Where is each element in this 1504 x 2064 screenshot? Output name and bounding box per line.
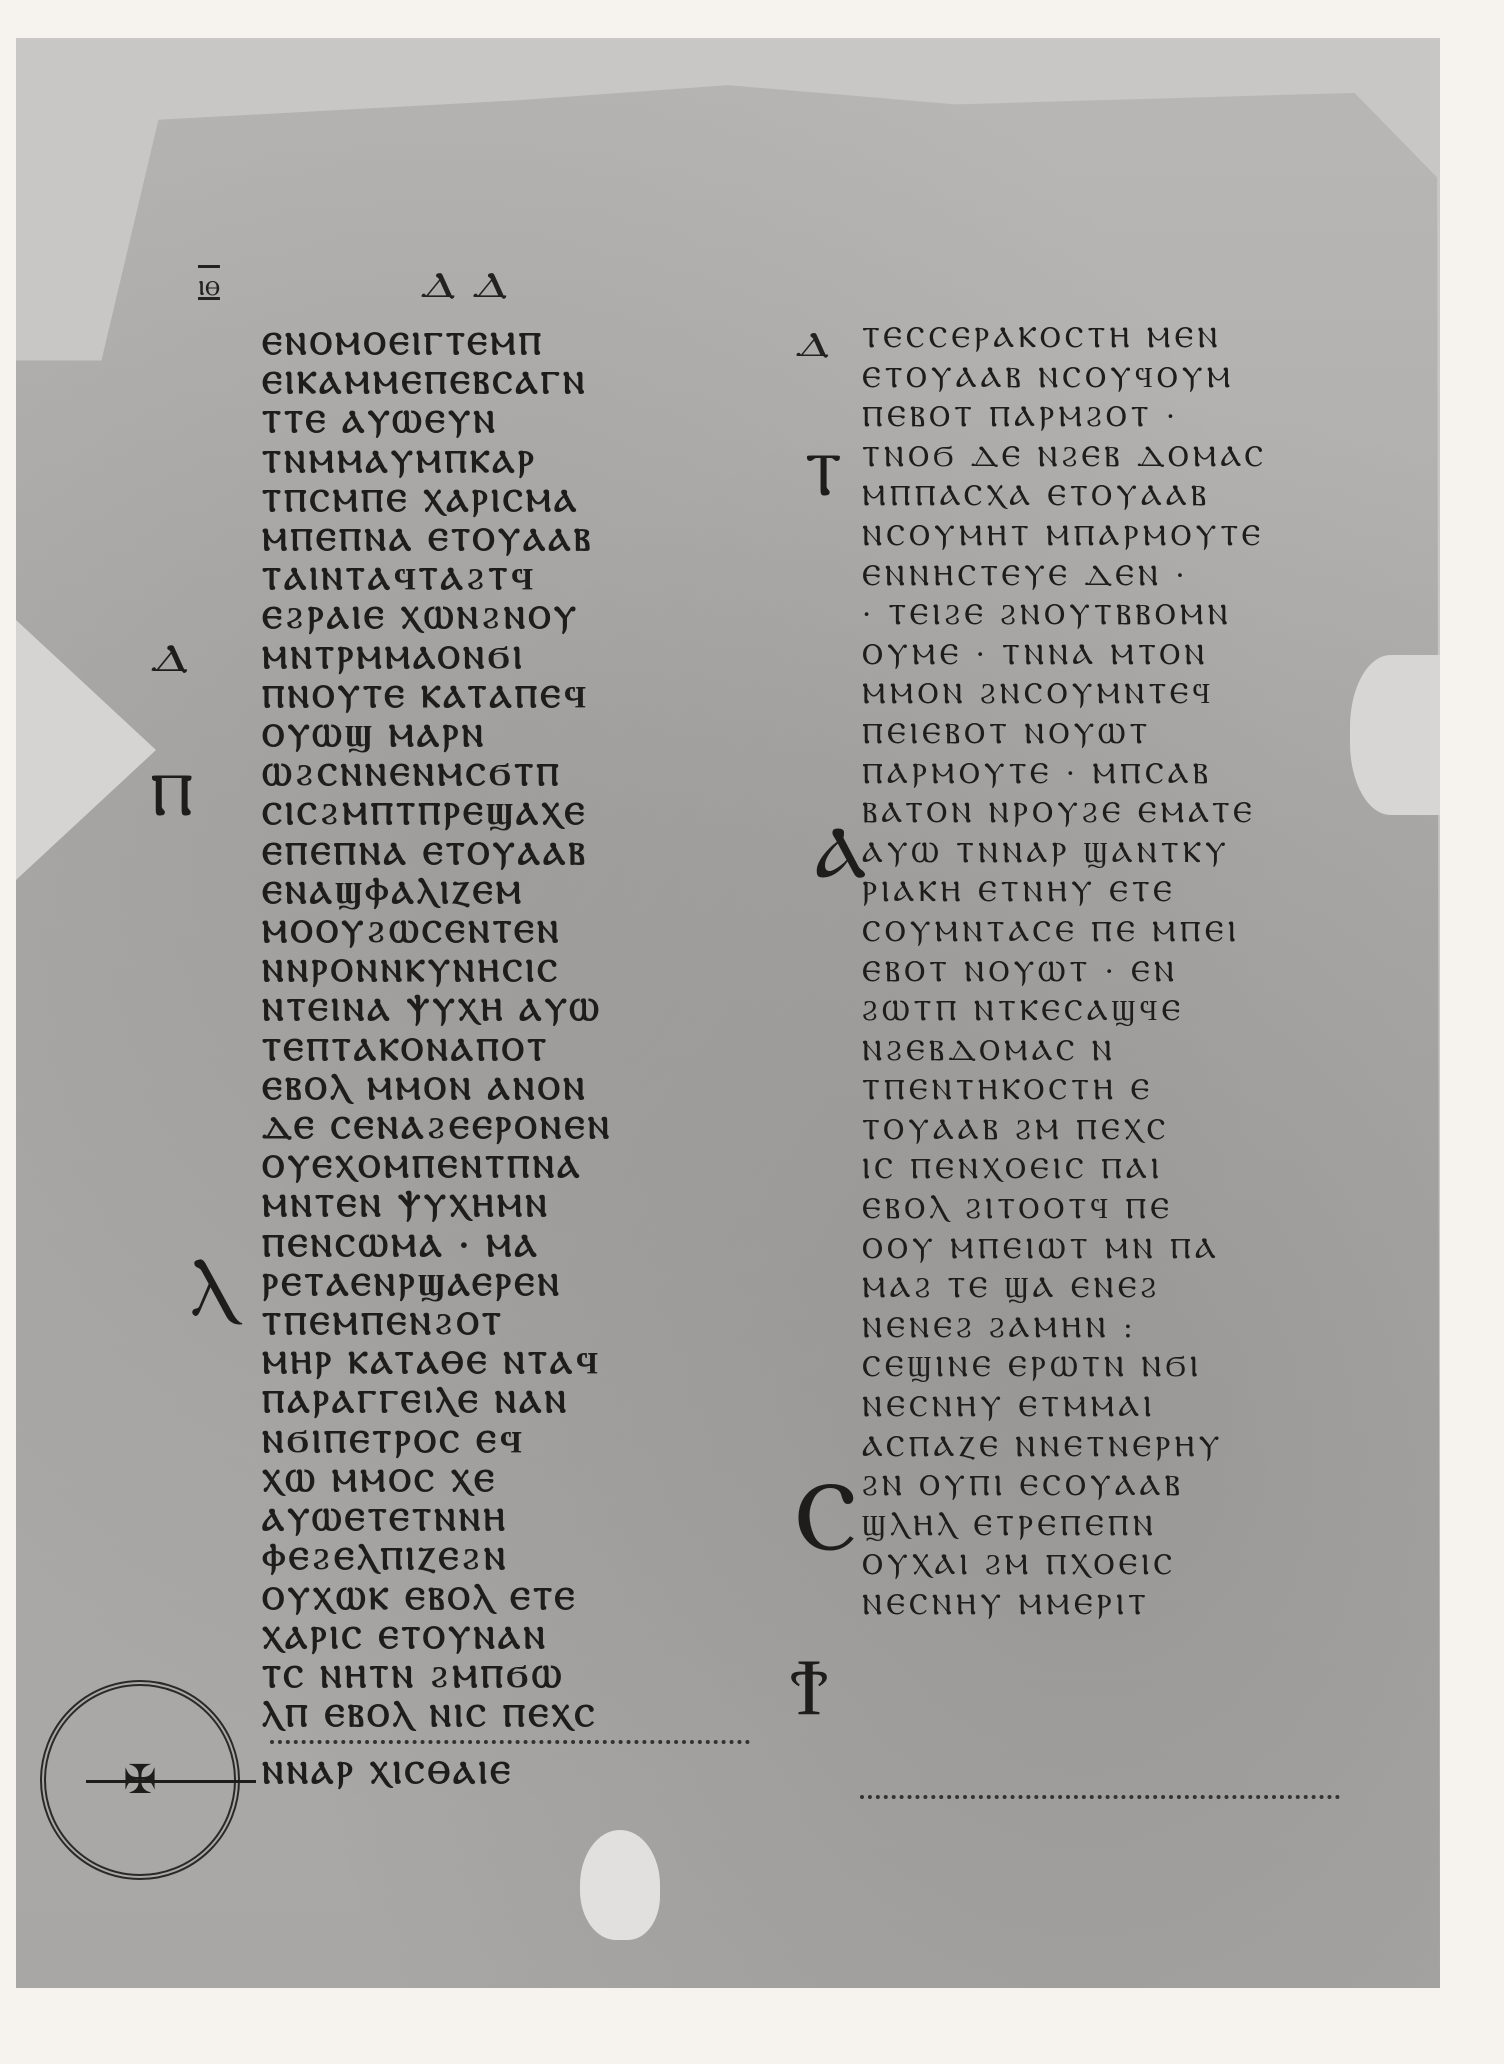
text-line: ⲀⲤⲠⲀⲌⲈ ⲚⲚⲈⲦⲚⲈⲢⲎⲨ	[862, 1427, 1342, 1467]
left-column-end-divider	[270, 1740, 750, 1744]
text-line: ⲘⲚⲦⲢⲘⲘⲀⲞⲚϬⲒ	[262, 639, 742, 678]
text-line: ⲚϨⲈⲂⲆⲞⲘⲀⲤ Ⲛ	[862, 1031, 1342, 1071]
text-line: ⲚⲚⲀⲢ ⲬⲒⲤⲐⲀⲒⲈ	[262, 1754, 742, 1793]
text-line: ⲦⲠⲈⲘⲠⲈⲚϨⲞⲦ	[262, 1305, 742, 1344]
text-line: ⲦⲚⲞϬ ⲆⲈ ⲚϨⲈⲂ ⲆⲞⲘⲀⲤ	[862, 437, 1342, 477]
text-line: ⲈⲂⲞⲦ ⲚⲞⲨⲰⲦ · ⲈⲚ	[862, 952, 1342, 992]
text-line: ⲈⲚⲚⲎⲤⲦⲈⲨⲈ ⲆⲈⲚ ·	[862, 556, 1342, 596]
text-line: ϢⲖⲎⲖ ⲈⲦⲢⲈⲠⲈⲠⲚ	[862, 1506, 1342, 1546]
text-line: · ⲦⲈⲒϨⲈ ϨⲚⲞⲨⲦⲂⲂⲞⲘⲚ	[862, 595, 1342, 635]
text-line: ⲈⲂⲞⲖ ⲘⲘⲞⲚ ⲀⲚⲞⲚ	[262, 1070, 742, 1109]
text-line: ⲦⲀⲒⲚⲦⲀϤⲦⲀϨⲦϤ	[262, 560, 742, 599]
text-line: ⲘⲎⲢ ⲔⲀⲦⲀⲐⲈ ⲚⲦⲀϤ	[262, 1344, 742, 1383]
right-column-top-mark: ⲇ	[795, 310, 829, 369]
text-line: ⲠⲈⲒⲈⲂⲞⲦ ⲚⲞⲨⲰⲦ	[862, 714, 1342, 754]
text-line: ⲈⲚⲞⲘⲞⲈⲒⲄⲦⲈⲘⲠ	[262, 325, 742, 364]
text-line: ⲞⲨⲘⲈ · ⲦⲚⲚⲀ ⲘⲦⲞⲚ	[862, 635, 1342, 675]
text-line: ⲦⲠⲈⲚⲦⲎⲔⲞⲤⲦⲎ Ⲉ	[862, 1070, 1342, 1110]
text-line: ⲞⲞⲨ ⲘⲠⲈⲒⲰⲦ ⲘⲚ ⲠⲀ	[862, 1229, 1342, 1269]
left-column-text: ⲈⲚⲞⲘⲞⲈⲒⲄⲦⲈⲘⲠ ⲈⲒⲔⲀⲘⲘⲈⲠⲈⲂⲤⲀⲄⲚ ⲦⲦⲈ ⲀⲨⲰⲈⲨⲚ Ⲧ…	[262, 325, 742, 1794]
right-marginal-initial-2: Ⲁ	[815, 810, 867, 896]
text-line: ϨⲰⲦⲠ ⲚⲦⲔⲈⲤⲀϢϤⲈ	[862, 991, 1342, 1031]
text-line: ⲈⲂⲞⲖ ϨⲒⲦⲞⲞⲦϤ ⲠⲈ	[862, 1189, 1342, 1229]
text-line: ⲠⲈⲚⲤⲰⲘⲀ · ⲘⲀ	[262, 1227, 742, 1266]
text-line: ⲈⲒⲔⲀⲘⲘⲈⲠⲈⲂⲤⲀⲄⲚ	[262, 364, 742, 403]
text-line: ⲦⲠⲤⲘⲠⲈ ⲬⲀⲢⲒⲤⲘⲀ	[262, 482, 742, 521]
text-line: ⲚⲈⲚⲈϨ ϨⲀⲘⲎⲚ :	[862, 1308, 1342, 1348]
circular-tailpiece-ornament: ✠	[40, 1680, 240, 1880]
text-line: ⲘⲘⲞⲚ ϨⲚⲤⲞⲨⲘⲚⲦⲈϤ	[862, 674, 1342, 714]
text-line: ⲚϬⲒⲠⲈⲦⲢⲞⲤ ⲈϤ	[262, 1423, 742, 1462]
text-line: ⲬⲀⲢⲒⲤ ⲈⲦⲞⲨⲚⲀⲚ	[262, 1619, 742, 1658]
text-line: ⲠⲀⲢⲘⲞⲨⲦⲈ · ⲘⲠⲤⲀⲂ	[862, 754, 1342, 794]
right-marginal-initial-4: Ϯ	[790, 1640, 828, 1734]
text-line: ⲠⲈⲂⲞⲦ ⲠⲀⲢⲘϨⲞⲦ ·	[862, 397, 1342, 437]
right-column-text: ⲦⲈⲤⲤⲈⲢⲀⲔⲞⲤⲦⲎ ⲘⲈⲚ ⲈⲦⲞⲨⲀⲀⲂ ⲚⲤⲞⲨϤⲞⲨⲘ ⲠⲈⲂⲞⲦ …	[862, 318, 1342, 1625]
text-line: ⲞⲨⲬⲰⲔ ⲈⲂⲞⲖ ⲈⲦⲈ	[262, 1580, 742, 1619]
text-line: ⲞⲨⲰϢ ⲘⲀⲢⲚ	[262, 717, 742, 756]
text-line: ⲘⲠⲠⲀⲤⲬⲀ ⲈⲦⲞⲨⲀⲀⲂ	[862, 476, 1342, 516]
text-line: ⲦⲦⲈ ⲀⲨⲰⲈⲨⲚ	[262, 403, 742, 442]
text-line: ⲈϨⲢⲀⲒⲈ ⲬⲰⲚϨⲚⲞⲨ	[262, 599, 742, 638]
text-line: ⲚⲚⲢⲞⲚⲚⲔⲨⲚⲎⲤⲒⲤ	[262, 952, 742, 991]
text-line: ⲦⲈⲠⲦⲀⲔⲞⲚⲀⲠⲞⲦ	[262, 1031, 742, 1070]
text-line: ⲒⲤ ⲠⲈⲚⲬⲞⲈⲒⲤ ⲠⲀⲒ	[862, 1149, 1342, 1189]
text-line: ⲤⲈϢⲒⲚⲈ ⲈⲢⲰⲦⲚ ⲚϬⲒ	[862, 1347, 1342, 1387]
right-column-end-divider	[860, 1795, 1340, 1799]
left-marginal-initial-3: Ⲗ	[190, 1250, 236, 1333]
text-line: ⲂⲀⲦⲞⲚ ⲚⲢⲞⲨϨⲈ ⲈⲘⲀⲦⲈ	[862, 793, 1342, 833]
torn-hole-bottom	[580, 1830, 660, 1940]
text-line: ⲬⲰ ⲘⲘⲞⲤ ⲬⲈ	[262, 1462, 742, 1501]
text-line: ⲤⲞⲨⲘⲚⲦⲀⲤⲈ ⲠⲈ ⲘⲠⲈⲒ	[862, 912, 1342, 952]
text-line: ⲦⲞⲨⲀⲀⲂ ϨⲘ ⲠⲈⲬⲤ	[862, 1110, 1342, 1150]
text-line: ⲠⲚⲞⲨⲦⲈ ⲔⲀⲦⲀⲠⲈϤ	[262, 678, 742, 717]
text-line: ⲈⲚⲀϢⲪⲀⲖⲒⲌⲈⲘ	[262, 874, 742, 913]
text-line: ⲚⲈⲤⲚⲎⲨ ⲘⲘⲈⲢⲒⲦ	[862, 1585, 1342, 1625]
text-line: ⲆⲈ ⲤⲈⲚⲀϨⲈⲈⲢⲞⲚⲈⲚ	[262, 1109, 742, 1148]
text-line: ⲦⲤ ⲚⲎⲦⲚ ϨⲘⲠϬⲰ	[262, 1658, 742, 1697]
text-line: ⲘⲠⲈⲠⲚⲀ ⲈⲦⲞⲨⲀⲀⲂ	[262, 521, 742, 560]
text-line: ⲈⲠⲈⲠⲚⲀ ⲈⲦⲞⲨⲀⲀⲂ	[262, 835, 742, 874]
text-line: ⲞⲨⲈⲬⲞⲘⲠⲈⲚⲦⲠⲚⲀ	[262, 1148, 742, 1187]
text-line: ⲚⲤⲞⲨⲘⲎⲦ ⲘⲠⲀⲢⲘⲞⲨⲦⲈ	[862, 516, 1342, 556]
text-line: ⲀⲨⲰ ⲦⲚⲚⲀⲢ ϢⲀⲚⲦⲔⲨ	[862, 833, 1342, 873]
text-line: ⲦⲚⲘⲘⲀⲨⲘⲠⲔⲀⲢ	[262, 443, 742, 482]
text-line: ⲦⲈⲤⲤⲈⲢⲀⲔⲞⲤⲦⲎ ⲘⲈⲚ	[862, 318, 1342, 358]
text-line: ⲘⲞⲞⲨϨⲰⲤⲈⲚⲦⲈⲚ	[262, 913, 742, 952]
text-line: ⲀⲨⲰⲈⲦⲈⲦⲚⲚⲎ	[262, 1501, 742, 1540]
text-line: ϨⲚ ⲞⲨⲠⲒ ⲈⲤⲞⲨⲀⲀⲂ	[862, 1466, 1342, 1506]
text-line: ⲤⲒⲤϨⲘⲠⲦⲠⲢⲈϢⲀⲬⲈ	[262, 795, 742, 834]
text-line: ⲞⲨⲬⲀⲒ ϨⲘ ⲠⲬⲞⲈⲒⲤ	[862, 1545, 1342, 1585]
text-line: ⲖⲠ ⲈⲂⲞⲖ ⲚⲒⲤ ⲠⲈⲬⲤ	[262, 1697, 742, 1736]
text-line: ⲢⲈⲦⲀⲈⲚⲢϢⲀⲈⲢⲈⲚ	[262, 1266, 742, 1305]
right-marginal-initial-3: Ⲥ	[795, 1460, 857, 1574]
right-marginal-initial-1: Ⲧ	[805, 440, 842, 510]
text-line: ⲘⲀϨ ⲦⲈ ϢⲀ ⲈⲚⲈϨ	[862, 1268, 1342, 1308]
left-marginal-initial-2: Ⲡ	[150, 760, 193, 830]
text-line: ⲪⲈϨⲈⲖⲠⲒⲌⲈϨⲚ	[262, 1540, 742, 1579]
page-number-mark: ⲓⲑ	[198, 268, 220, 303]
left-marginal-initial-1: ⲇ	[150, 620, 188, 686]
torn-hole-right	[1350, 655, 1440, 815]
text-line: ⲰϨⲤⲚⲚⲈⲚⲘⲤϬⲦⲠ	[262, 756, 742, 795]
ornament-bar	[86, 1780, 256, 1783]
text-line: ⲠⲀⲢⲀⲄⲄⲈⲒⲖⲈ ⲚⲀⲚ	[262, 1383, 742, 1422]
text-line: ⲚⲈⲤⲚⲎⲨ ⲈⲦⲘⲘⲀⲒ	[862, 1387, 1342, 1427]
cross-icon: ✠	[123, 1757, 157, 1803]
left-column-top-mark: ⲇ ⲇ	[420, 250, 507, 311]
text-line: ⲘⲚⲦⲈⲚ ⲮⲨⲬⲎⲘⲚ	[262, 1187, 742, 1226]
text-line: ⲈⲦⲞⲨⲀⲀⲂ ⲚⲤⲞⲨϤⲞⲨⲘ	[862, 358, 1342, 398]
text-line: ⲚⲦⲈⲒⲚⲀ ⲮⲨⲬⲎ ⲀⲨⲰ	[262, 991, 742, 1030]
text-line: ⲢⲒⲀⲔⲎ ⲈⲦⲚⲎⲨ ⲈⲦⲈ	[862, 872, 1342, 912]
